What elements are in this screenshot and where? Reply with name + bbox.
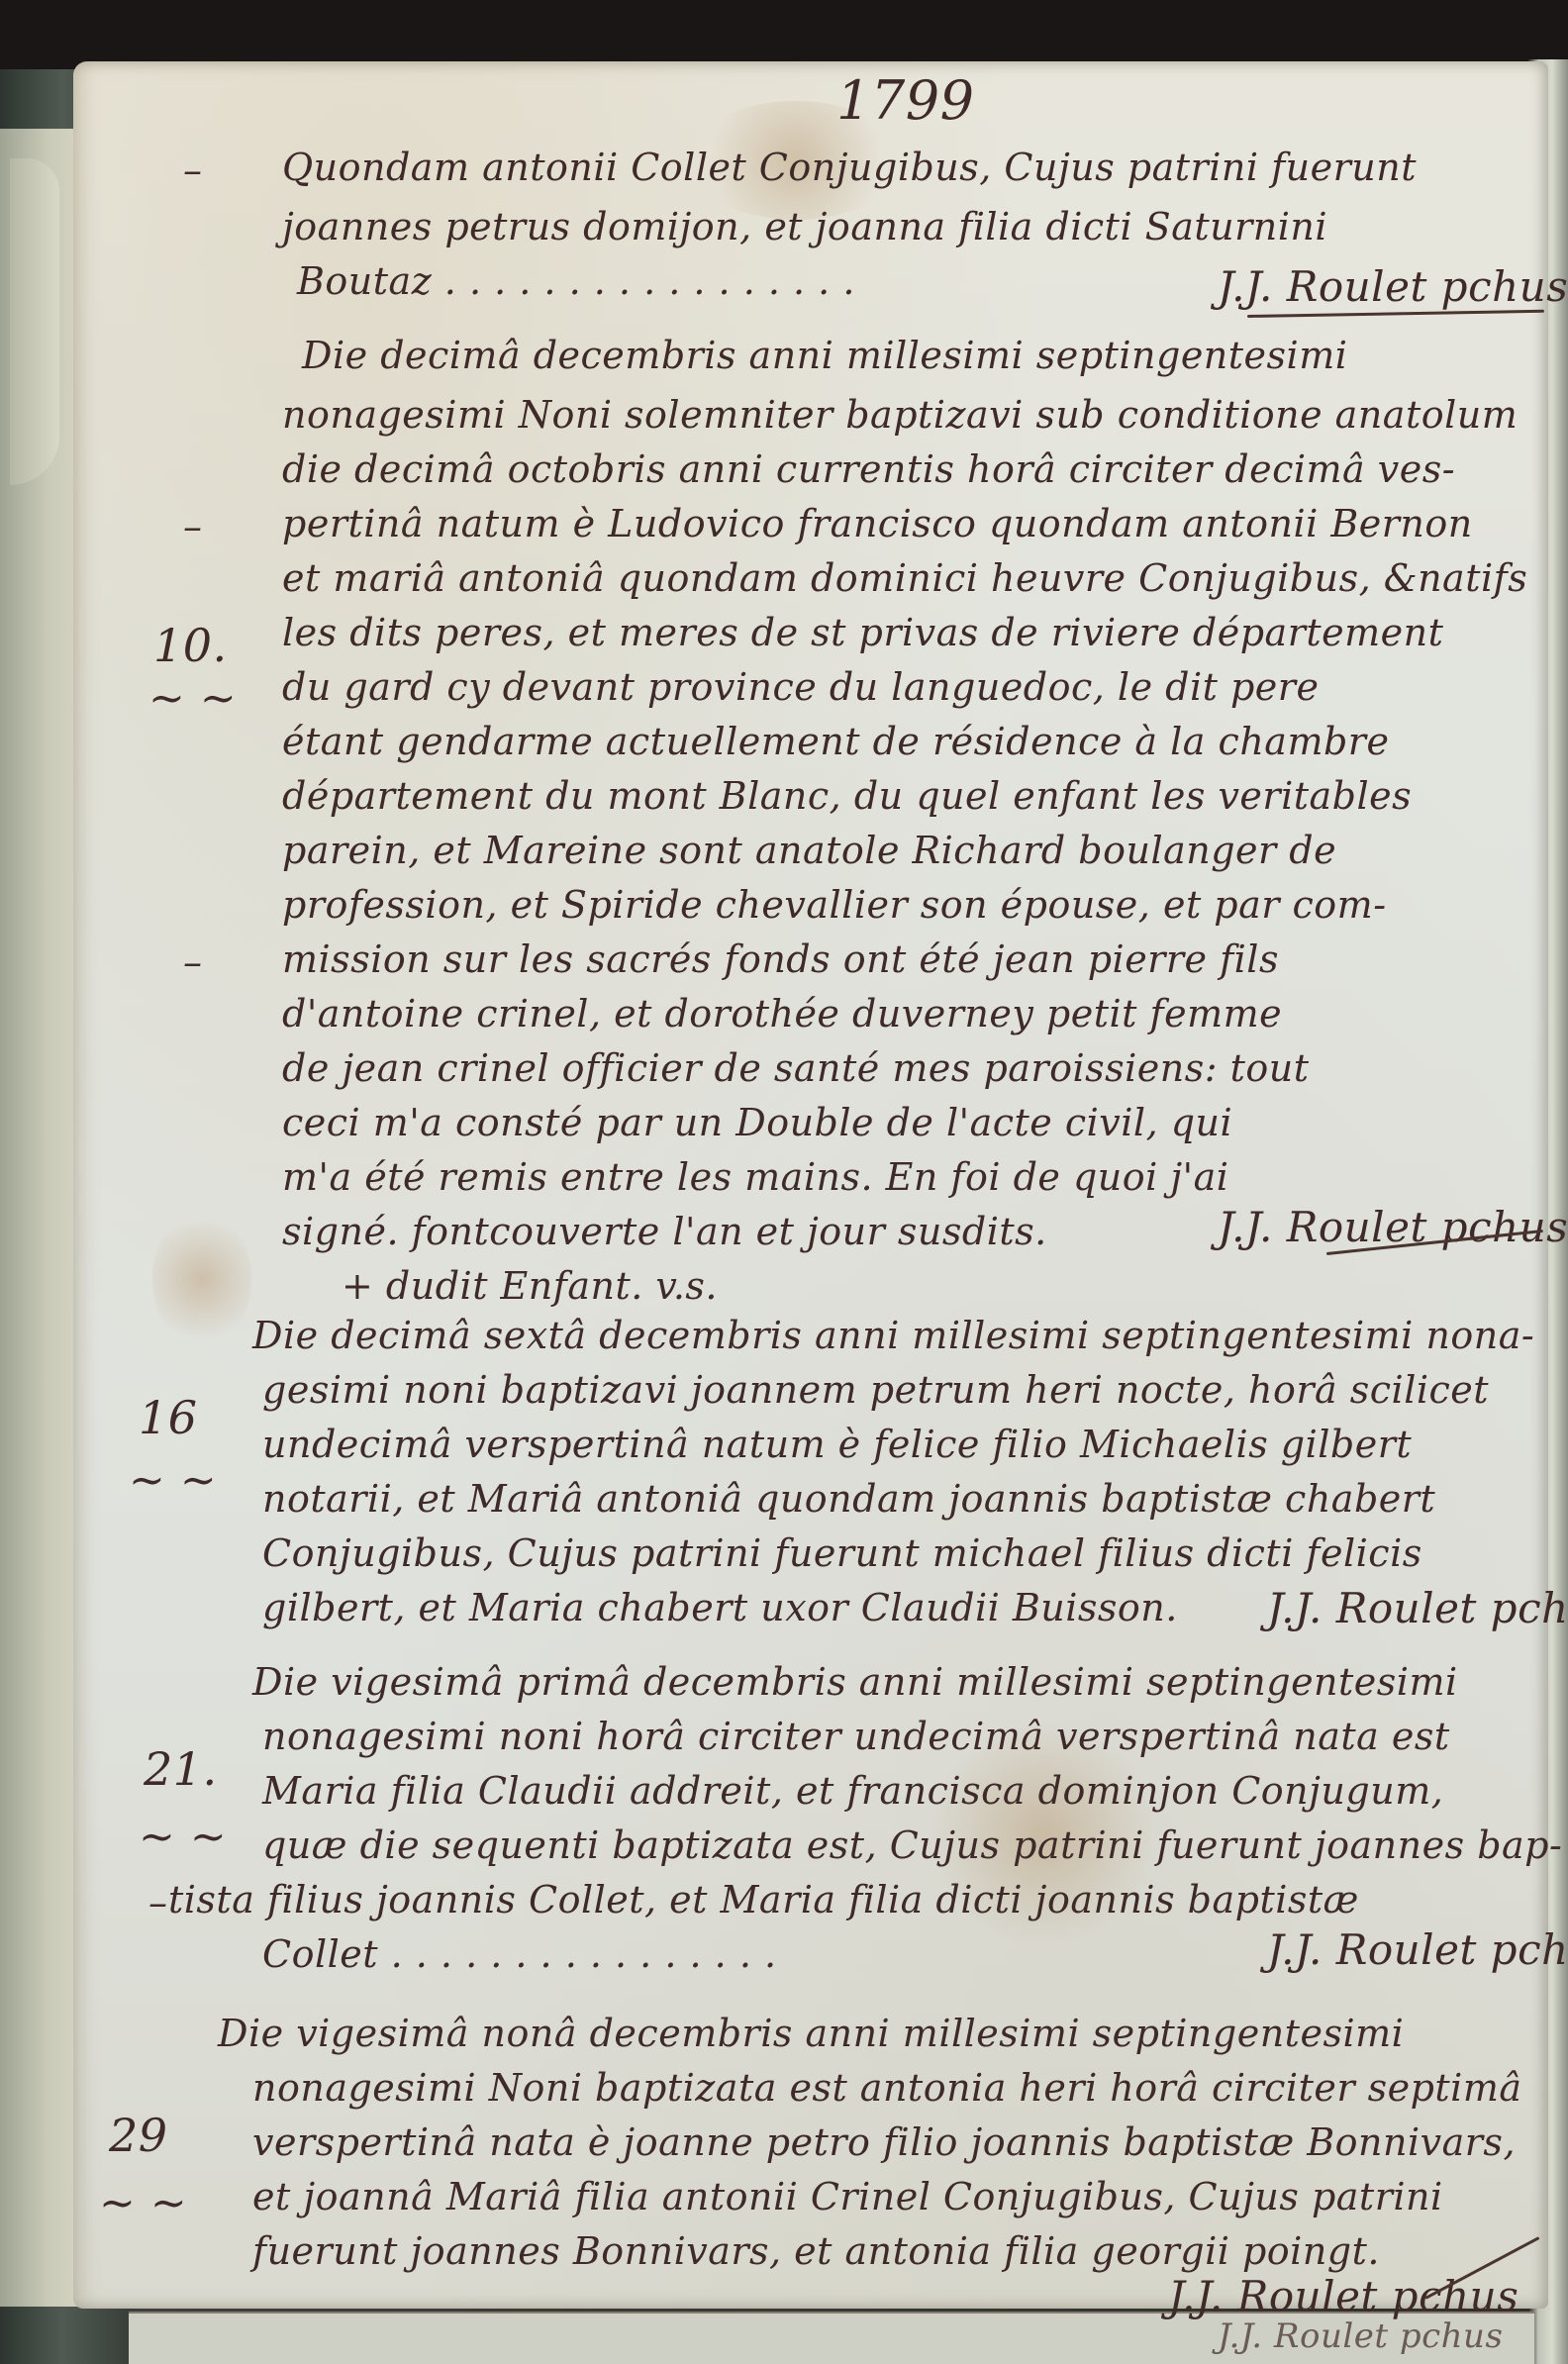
folded-page-edge	[10, 158, 59, 485]
entry-line: m'a été remis entre les mains. En foi de…	[282, 1158, 1228, 1196]
paper-stain	[152, 1210, 251, 1348]
entry-line: de jean crinel officier de santé mes par…	[282, 1049, 1310, 1087]
entry-day-number: 21.	[144, 1742, 218, 1796]
priest-signature: J.J. Roulet pchus	[1168, 2272, 1519, 2320]
priest-signature: J.J. Roulet pchus	[1218, 1203, 1568, 1251]
priest-signature: J.J. Roulet pchus	[1218, 262, 1568, 311]
line-dash: –	[183, 505, 203, 548]
page-year: 1799	[836, 69, 974, 132]
entry-line: Die decimâ sextâ decembris anni millesim…	[252, 1317, 1534, 1354]
scan-background: J.J. Roulet pchus 1799 – Quondam antonii…	[0, 0, 1568, 2364]
entry-line: pertinâ natum è Ludovico francisco quond…	[282, 505, 1473, 542]
entry-line: signé. fontcouverte l'an et jour susdits…	[282, 1213, 1047, 1250]
entry-line: fuerunt joannes Bonnivars, et antonia fi…	[252, 2232, 1380, 2270]
entry-line: profession, et Spiride chevallier son ép…	[282, 886, 1387, 924]
entry-line: notarii, et Mariâ antoniâ quondam joanni…	[262, 1480, 1435, 1518]
entry-margin-mark: ~ ~	[148, 673, 237, 724]
entry-line: ceci m'a consté par un Double de l'acte …	[282, 1104, 1232, 1141]
continuation-line: Boutaz . . . . . . . . . . . . . . . . .	[297, 262, 855, 300]
entry-line: nonagesimi Noni baptizata est antonia he…	[252, 2069, 1522, 2107]
entry-margin-mark: ~ ~	[129, 1455, 217, 1506]
entry-line: Die vigesimâ primâ decembris anni milles…	[252, 1663, 1458, 1701]
entry-line: nonagesimi noni horâ circiter undecimâ v…	[262, 1718, 1450, 1755]
entry-line: Collet . . . . . . . . . . . . . . . .	[262, 1935, 777, 1973]
entry-line: nonagesimi Noni solemniter baptizavi sub…	[282, 396, 1518, 434]
entry-line: gilbert, et Maria chabert uxor Claudii B…	[262, 1589, 1178, 1626]
entry-line: parein, et Mareine sont anatole Richard …	[282, 832, 1336, 869]
next-page-signature: J.J. Roulet pchus	[1218, 2316, 1503, 2356]
entry-day-number: 29	[109, 2109, 168, 2162]
entry-line: du gard cy devant province du languedoc,…	[282, 668, 1319, 706]
entry-line: et joannâ Mariâ filia antonii Crinel Con…	[252, 2178, 1443, 2216]
continuation-dash: –	[183, 148, 203, 192]
entry-line: d'antoine crinel, et dorothée duverney p…	[282, 995, 1282, 1033]
continuation-line: joannes petrus domijon, et joanna filia …	[282, 208, 1327, 246]
entry-line: Maria filia Claudii addreit, et francisc…	[262, 1772, 1443, 1810]
entry-marginal-note: + dudit Enfant. v.s.	[342, 1267, 718, 1305]
entry-line: étant gendarme actuellement de résidence…	[282, 723, 1389, 760]
entry-line: tista filius joannis Collet, et Maria fi…	[168, 1881, 1359, 1919]
entry-day-number: 10.	[153, 619, 228, 672]
entry-line: undecimâ verspertinâ natum è felice fili…	[262, 1426, 1412, 1463]
entry-line: die decimâ octobris anni currentis horâ …	[282, 450, 1455, 488]
entry-line: Conjugibus, Cujus patrini fuerunt michae…	[262, 1534, 1422, 1572]
entry-line: Die vigesimâ nonâ decembris anni millesi…	[218, 2015, 1404, 2052]
entry-line: Die decimâ decembris anni millesimi sept…	[302, 337, 1347, 374]
entry-line: département du mont Blanc, du quel enfan…	[282, 777, 1412, 815]
entry-line: quæ die sequenti baptizata est, Cujus pa…	[262, 1826, 1562, 1864]
entry-day-number: 16	[139, 1391, 198, 1444]
entry-line: mission sur les sacrés fonds ont été jea…	[282, 940, 1279, 978]
continuation-line: Quondam antonii Collet Conjugibus, Cujus…	[282, 148, 1417, 186]
entry-line: verspertinâ nata è joanne petro filio jo…	[252, 2123, 1516, 2161]
line-dash: –	[148, 1881, 168, 1924]
entry-line: gesimi noni baptizavi joannem petrum her…	[262, 1371, 1489, 1409]
priest-signature: J.J. Roulet pchus	[1267, 1584, 1568, 1632]
binding-shadow	[0, 0, 1568, 69]
line-dash: –	[183, 940, 203, 984]
priest-signature: J.J. Roulet pchus	[1267, 1925, 1568, 1974]
entry-line: les dits peres, et meres de st privas de…	[282, 614, 1443, 651]
entry-margin-mark: ~ ~	[139, 1812, 227, 1862]
entry-line: et mariâ antoniâ quondam dominici heuvre…	[282, 559, 1527, 597]
entry-margin-mark: ~ ~	[99, 2178, 187, 2228]
